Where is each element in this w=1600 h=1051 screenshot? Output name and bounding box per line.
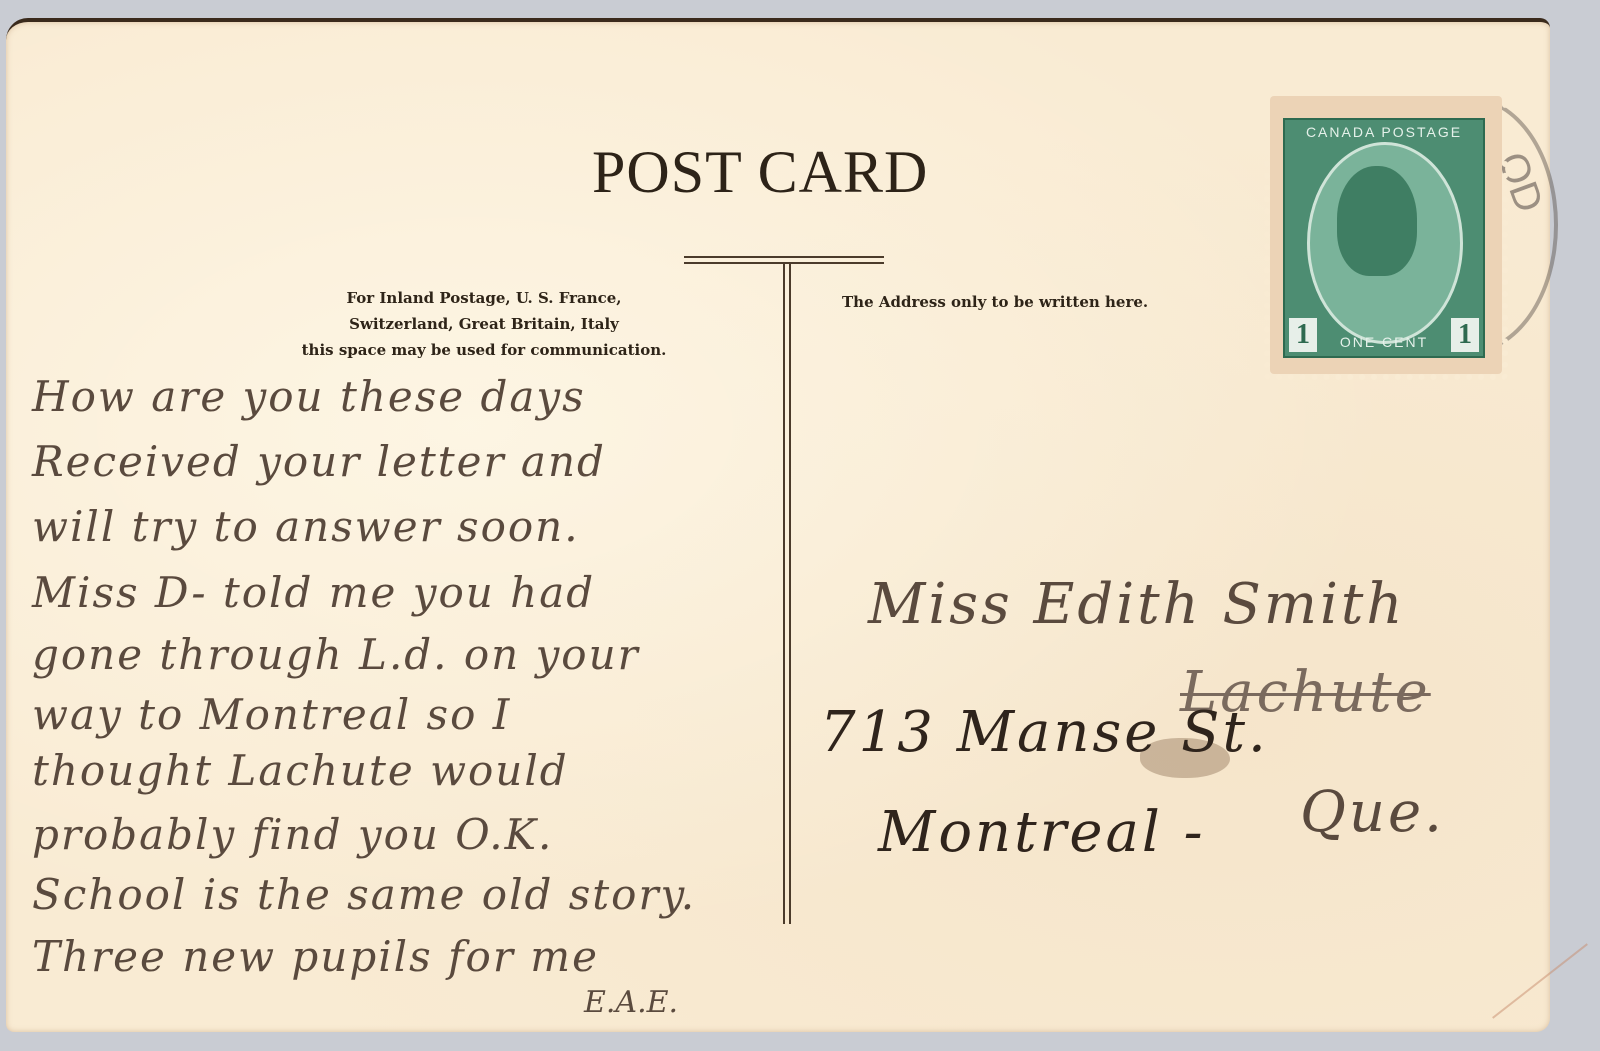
center-divider bbox=[783, 264, 785, 924]
communication-note: For Inland Postage, U. S. France, Switze… bbox=[244, 285, 724, 363]
province: Que. bbox=[1300, 780, 1445, 845]
message-line: Received your letter and bbox=[32, 437, 606, 486]
stamp-face: CANADA POSTAGE ONE CENT 1 1 bbox=[1283, 118, 1485, 358]
message-line: School is the same old story. bbox=[32, 870, 696, 919]
stamp-value-left: 1 bbox=[1289, 318, 1317, 352]
recipient-name: Miss Edith Smith bbox=[868, 572, 1405, 637]
stamp-top-text: CANADA POSTAGE bbox=[1285, 124, 1483, 140]
street-address: 713 Manse St. bbox=[820, 700, 1269, 765]
note-line: For Inland Postage, U. S. France, bbox=[244, 285, 724, 311]
city: Montreal - bbox=[878, 800, 1206, 865]
message-line: Three new pupils for me bbox=[32, 932, 599, 981]
address-note: The Address only to be written here. bbox=[842, 289, 1262, 315]
postage-stamp: CANADA POSTAGE ONE CENT 1 1 bbox=[1270, 96, 1502, 374]
message-line: thought Lachute would bbox=[32, 746, 569, 795]
king-portrait-icon bbox=[1337, 166, 1417, 276]
message-line: Miss D- told me you had bbox=[32, 568, 595, 617]
message-line: will try to answer soon. bbox=[32, 502, 580, 551]
center-divider-2 bbox=[789, 264, 791, 924]
message-line: way to Montreal so I bbox=[32, 690, 511, 739]
postcard-title: POST CARD bbox=[592, 138, 972, 207]
signature: E.A.E. bbox=[584, 985, 678, 1020]
stamp-value-right: 1 bbox=[1451, 318, 1479, 352]
message-line: gone through L.d. on your bbox=[32, 630, 640, 679]
message-line: probably find you O.K. bbox=[32, 810, 553, 859]
divider-top-line bbox=[684, 256, 884, 258]
note-line: this space may be used for communication… bbox=[244, 337, 724, 363]
message-line: How are you these days bbox=[32, 372, 586, 421]
note-line: Switzerland, Great Britain, Italy bbox=[244, 311, 724, 337]
